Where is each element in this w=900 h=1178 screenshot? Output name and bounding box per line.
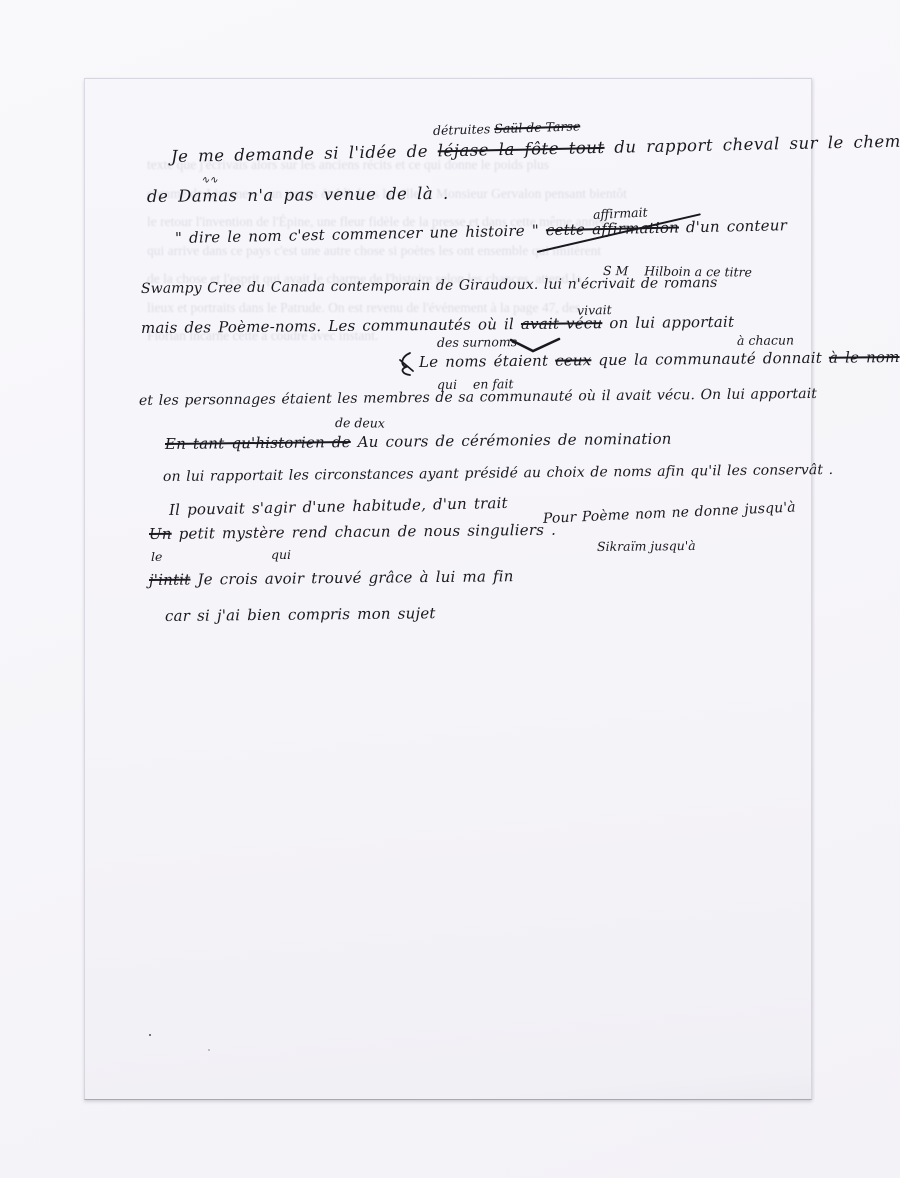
line8-text: Au cours de cérémonies de nomination bbox=[358, 430, 672, 451]
paper-speck bbox=[208, 1049, 210, 1051]
line6-struck-alenom: à le nom bbox=[829, 348, 900, 367]
marginal-line-sikraim: Sikraïm jusqu'à bbox=[597, 538, 696, 554]
line6-text-b: que la communauté donnait bbox=[598, 349, 822, 369]
tilde-squiggle-mark: ∿∿ bbox=[201, 175, 218, 186]
insertion-mark bbox=[397, 351, 415, 377]
line1-text-b: du rapport cheval sur le chemin bbox=[614, 131, 900, 156]
checkmark-stroke bbox=[509, 337, 561, 355]
line3-text-b: d'un conteur bbox=[686, 216, 787, 236]
handwritten-line-11: Un petit mystère rend chacun de nous sin… bbox=[149, 521, 556, 543]
paper-speck bbox=[149, 1034, 151, 1036]
line12-text: Je crois avoir trouvé grâce à lui ma fin bbox=[197, 567, 513, 588]
handwritten-line-6: Le noms étaient ceux que la communauté d… bbox=[419, 348, 900, 371]
insertion-des-surnoms: des surnoms bbox=[437, 334, 517, 350]
handwritten-line-12: j'intit Je crois avoir trouvé grâce à lu… bbox=[149, 567, 514, 589]
insertion-de-deux: de deux bbox=[335, 415, 385, 431]
inserted-word: détruites bbox=[433, 121, 491, 138]
subscript-qui2: qui bbox=[271, 547, 291, 562]
scanned-photo-background: { "scene": { "kind": "scanned handwritte… bbox=[0, 0, 900, 1178]
handwritten-line-2: de Damas n'a pas venue de là . bbox=[147, 184, 449, 206]
handwritten-line-10: Il pouvait s'agir d'une habitude, d'un t… bbox=[169, 494, 508, 519]
insertion-above-line1: détruites Saül de Tarse bbox=[433, 118, 581, 138]
line5-text-b: on lui apportait bbox=[609, 313, 734, 332]
line11-struck-un: Un bbox=[149, 525, 172, 543]
subscript-le: le bbox=[151, 549, 162, 564]
line1-struck-words: léjase la fôte tout bbox=[438, 138, 605, 160]
line8-struck-phrase: En tant qu'historien de bbox=[165, 433, 351, 453]
line11-text: petit mystère rend chacun de nous singul… bbox=[179, 521, 557, 543]
struck-insertion: Saül de Tarse bbox=[494, 118, 580, 136]
marginal-line-pour-poeme: Pour Poème nom ne donne jusqu'à bbox=[543, 500, 796, 527]
insertion-a-chacun: à chacun bbox=[737, 332, 794, 348]
line12-struck-word: j'intit bbox=[149, 571, 191, 589]
line5-struck-words: avait vécu bbox=[521, 314, 603, 333]
handwritten-line-8: En tant qu'historien de Au cours de céré… bbox=[165, 430, 672, 453]
handwritten-line-13: car si j'ai bien compris mon sujet bbox=[165, 604, 436, 625]
manuscript-paper-sheet: texte que j'écrivais alors sur les ancie… bbox=[84, 78, 812, 1100]
handwritten-line-7: et les personnages étaient les membres d… bbox=[139, 386, 817, 409]
handwritten-line-9: on lui rapportait les circonstances ayan… bbox=[163, 462, 833, 485]
